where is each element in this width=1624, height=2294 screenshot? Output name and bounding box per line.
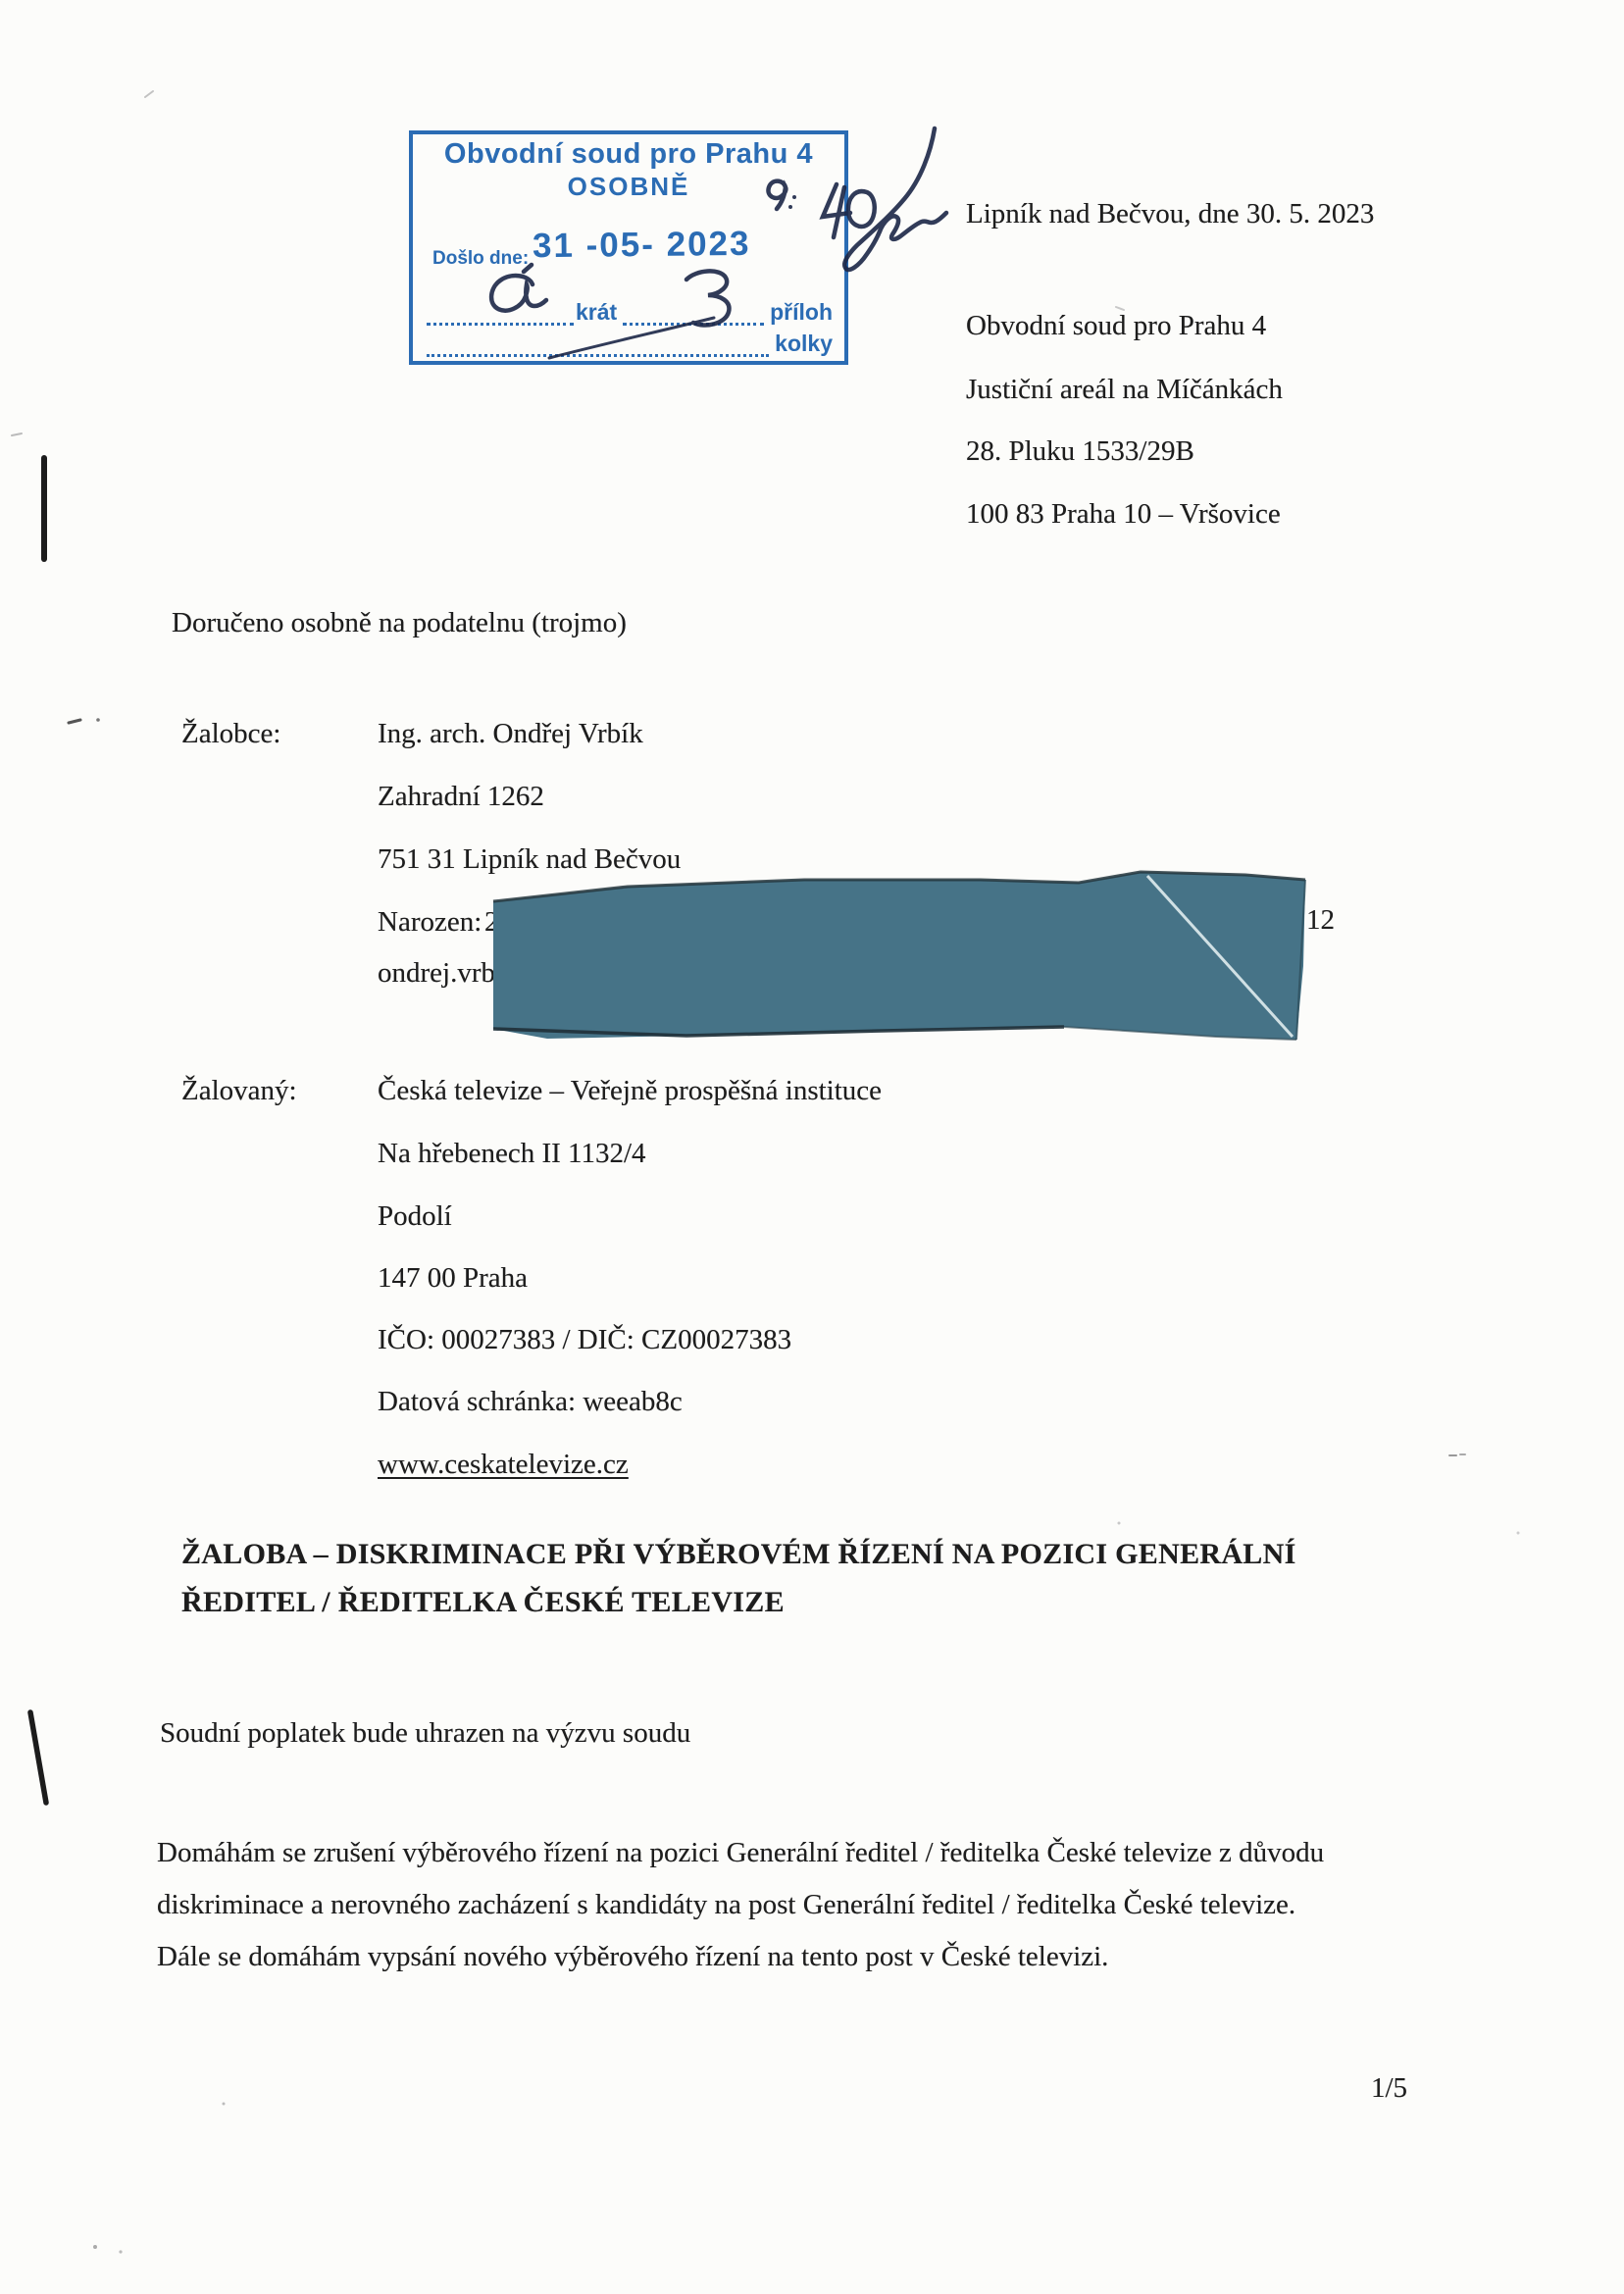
court-address-line: Obvodní soud pro Prahu 4 [966,309,1266,342]
plaintiff-email-fragment: ondrej.vrb [378,956,495,990]
body-paragraph-line: diskriminace a nerovného zacházení s kan… [157,1888,1295,1921]
scanned-document-page: Obvodní soud pro Prahu 4 OSOBNĚ Došlo dn… [0,0,1624,2294]
tape-bottom-shadow-right [1064,1027,1296,1040]
body-paragraph-line: Dále se domáhám vypsání nového výběrovéh… [157,1940,1108,1973]
tape-bottom-shadow [493,1027,1064,1036]
dateline: Lipník nad Bečvou, dne 30. 5. 2023 [966,197,1374,230]
stamp-stamps-label: kolky [773,331,835,357]
tape-crease-line [1147,876,1293,1037]
stamp-court-name: Obvodní soud pro Prahu 4 [413,138,844,171]
plaintiff-street: Zahradní 1262 [378,780,544,813]
dotted-leader [427,299,574,326]
delivery-note: Doručeno osobně na podatelnu (trojmo) [172,606,627,639]
stamp-received-date: 31 -05- 2023 [533,225,751,266]
stamp-copies-row: krát příloh [427,299,835,326]
dotted-leader [427,331,769,357]
plaintiff-label: Žalobce: [181,717,280,750]
page-number: 1/5 [1371,2071,1407,2105]
fee-note: Soudní poplatek bude uhrazen na výzvu so… [160,1716,690,1750]
court-reception-stamp: Obvodní soud pro Prahu 4 OSOBNĚ Došlo dn… [409,130,848,365]
stamp-mode-label: OSOBNĚ [413,172,844,202]
body-paragraph-line: Domáhám se zrušení výběrového řízení na … [157,1836,1324,1869]
defendant-city: 147 00 Praha [378,1261,528,1295]
stamp-copies-label: krát [574,299,619,326]
court-address-line: 100 83 Praha 10 – Vršovice [966,497,1281,531]
defendant-district: Podolí [378,1199,452,1233]
lawsuit-title-line: ŘEDITEL / ŘEDITELKA ČESKÉ TELEVIZE [181,1586,785,1619]
plaintiff-phone-fragment: 12 [1306,903,1335,937]
lawsuit-title-line: ŽALOBA – DISKRIMINACE PŘI VÝBĚROVÉM ŘÍZE… [181,1538,1296,1571]
stamp-stamps-row: kolky [427,331,835,357]
plaintiff-born-fragment: 2 [484,905,499,939]
defendant-databox: Datová schránka: weeab8c [378,1385,683,1418]
defendant-street: Na hřebenech II 1132/4 [378,1137,646,1170]
defendant-website: www.ceskatelevize.cz [378,1448,629,1481]
plaintiff-name: Ing. arch. Ondřej Vrbík [378,717,643,750]
scanner-specks [12,91,1520,2254]
stamp-attachments-label: příloh [768,299,835,326]
stamp-received-label: Došlo dne: [432,248,529,270]
dotted-leader [623,299,764,326]
redaction-tape [493,872,1305,1040]
court-address-line: 28. Pluku 1533/29B [966,434,1194,468]
binding-mark-bottom [30,1712,46,1803]
plaintiff-born-label: Narozen: [378,905,482,939]
defendant-name: Česká televize – Veřejně prospěšná insti… [378,1074,882,1107]
court-address-line: Justiční areál na Míčánkách [966,373,1283,406]
handwritten-signature-flourish [844,128,946,270]
defendant-label: Žalovaný: [181,1074,297,1107]
defendant-registration: IČO: 00027383 / DIČ: CZ00027383 [378,1323,791,1356]
redaction-tape-shape [493,872,1305,1040]
tape-right-edge [1296,880,1305,1040]
tape-top-shadow [493,872,1305,901]
plaintiff-city: 751 31 Lipník nad Bečvou [378,842,681,876]
